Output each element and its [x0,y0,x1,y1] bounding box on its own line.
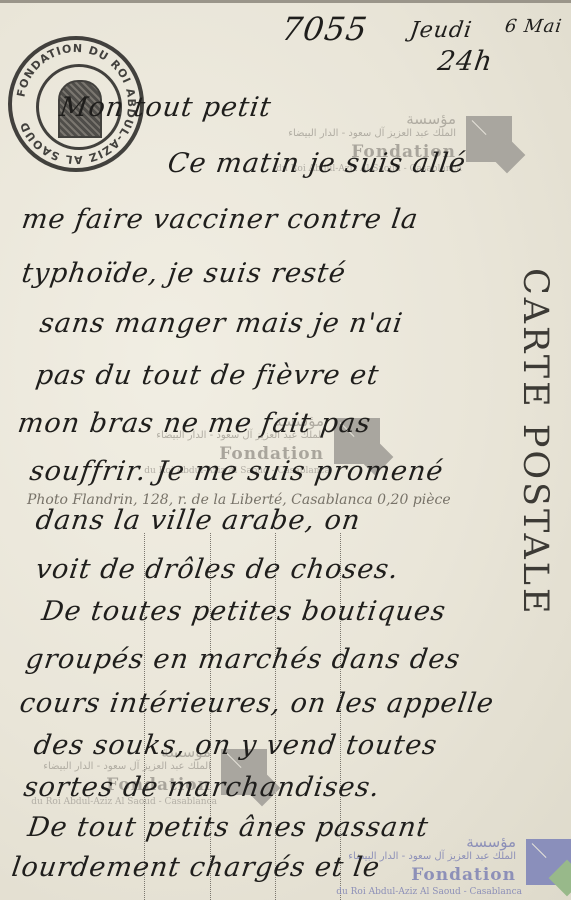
reference-number: 7055 [279,10,370,48]
letter-line: mon bras ne me fait pas [16,408,373,439]
letter-line: sans manger mais je n'ai [38,308,405,339]
letter-line: typhoïde, je suis resté [20,258,348,289]
postcard: FONDATION DU ROI ABDUL-AZIZ AL SAOUD 705… [0,0,571,900]
letter-line: dans la ville arabe, on [34,505,363,536]
letter-line: cours intérieures, on les appelle [18,688,496,719]
letter-line: voit de drôles de choses. [34,554,401,585]
letter-line: Ce matin je suis allé [166,148,468,179]
letter-line: souffrir. Je me suis promené [28,456,446,487]
letter-line: des souks, on y vend toutes [32,730,440,761]
letter-line: De tout petits ânes passant [26,812,431,843]
letter-line: sortes de marchandises. [22,772,382,803]
letter-line: groupés en marchés dans des [24,644,463,675]
letter-line: me faire vacciner contre la [20,204,421,235]
letter-line: pas du tout de fièvre et [34,360,381,391]
letter-line: lourdement chargés et le [10,852,382,883]
letter-line: Mon tout petit [58,92,274,123]
hour-label: 24h [436,46,495,77]
letter-line: De toutes petites boutiques [40,596,448,627]
scan-edge [0,0,571,3]
date-label: 6 Mai [504,16,564,37]
day-label: Jeudi [408,18,474,43]
carte-postale-title: CARTE POSTALE [515,268,555,617]
